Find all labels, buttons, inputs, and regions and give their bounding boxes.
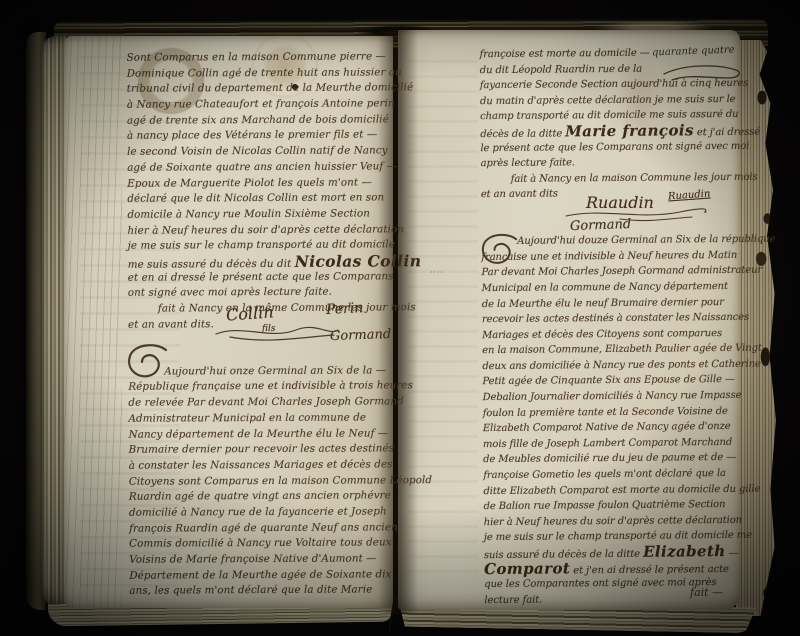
ornate-initial-flourish bbox=[124, 342, 170, 382]
margin-mark: ···· bbox=[430, 268, 444, 277]
manuscript-photo: Sont Comparus en la maison Commune pierr… bbox=[0, 0, 800, 636]
manuscript-line: domicilié à Nancy rue de la fayancerie e… bbox=[129, 504, 397, 521]
manuscript-line: tribunal civil du departement de la Meur… bbox=[127, 81, 395, 98]
manuscript-line: Nancy département de la Meurthe élu le N… bbox=[129, 426, 397, 443]
fait-catchword: fait — bbox=[690, 586, 723, 599]
manuscript-line: Dominique Collin agé de trente huit ans … bbox=[127, 65, 395, 82]
manuscript-line: hier à Neuf heures du soir d'après cette… bbox=[127, 222, 395, 239]
margin-paraph-flourish bbox=[658, 60, 746, 86]
manuscript-line: à nancy place des Vétérans le premier fi… bbox=[127, 128, 395, 145]
manuscript-line: Ruardin agé de quatre vingt ans ancien o… bbox=[129, 489, 397, 506]
manuscript-line: ont signé avec moi après lecture faite. bbox=[128, 285, 396, 302]
manuscript-line: recevoir les actes destinés à constater … bbox=[482, 310, 740, 328]
manuscript-line: agé de trente six ans Marchand de bois d… bbox=[127, 112, 395, 129]
ornate-initial-flourish bbox=[478, 232, 520, 268]
signature-flourish bbox=[560, 206, 710, 222]
manuscript-line: Administrateur Municipal en la commune d… bbox=[128, 410, 396, 427]
manuscript-line: agé de Soixante quatre ans ancien huissi… bbox=[127, 159, 395, 176]
manuscript-line: à Nancy rue Chateaufort et françois Anto… bbox=[127, 96, 395, 113]
signature-perin: Perin bbox=[326, 300, 364, 318]
manuscript-line: décès de la ditte Marie françois et j'ai… bbox=[480, 123, 738, 141]
manuscript-line: le second Voisin de Nicolas Collin natif… bbox=[127, 143, 395, 160]
manuscript-line: fait à Nancy en la maison Commune les jo… bbox=[481, 170, 739, 188]
manuscript-line: Epoux de Marguerite Piolot les quels m'o… bbox=[127, 175, 395, 192]
manuscript-line: Commis domicilié à Nancy rue Voltaire to… bbox=[129, 536, 397, 553]
manuscript-line: domicile à Nancy rue Moulin Sixième Sect… bbox=[127, 206, 395, 223]
right-page-text: françoise est morte au domicile —du dit … bbox=[480, 45, 743, 609]
manuscript-line: Sont Comparus en la maison Commune pierr… bbox=[127, 49, 395, 66]
manuscript-line: Brumaire dernier pour recevoir les actes… bbox=[129, 441, 397, 458]
manuscript-line: Municipal en la commune de Nancy départe… bbox=[482, 279, 740, 297]
manuscript-line: Debalion Journalier domiciliés à Nancy r… bbox=[483, 388, 741, 406]
manuscript-line: déclaré que le dit Nicolas Collin est mo… bbox=[127, 190, 395, 207]
manuscript-line: et en ai dressé le présent acte que les … bbox=[128, 269, 396, 286]
signature-flourish bbox=[212, 322, 342, 342]
manuscript-line: Citoyens sont Comparus en la maison Comm… bbox=[129, 473, 397, 490]
manuscript-line: françoise Gometio les quels m'ont déclar… bbox=[483, 466, 741, 484]
manuscript-line: françois Ruardin agé de quarante Neuf an… bbox=[129, 520, 397, 537]
manuscript-line: me suis assuré du décès du dit Nicolas C… bbox=[128, 253, 396, 270]
manuscript-line: à constater les Naissances Mariages et d… bbox=[129, 457, 397, 474]
manuscript-line: le présent acte que les Comparans ont si… bbox=[480, 138, 738, 156]
manuscript-line: Département de la Meurthe agée de Soixan… bbox=[129, 567, 397, 584]
manuscript-line: Voisins de Marie françoise Native d'Aumo… bbox=[129, 551, 397, 568]
manuscript-line: ans, les quels m'ont déclaré que la dite… bbox=[129, 583, 397, 600]
manuscript-line: de relevée Par devant Moi Charles Joseph… bbox=[128, 394, 396, 411]
